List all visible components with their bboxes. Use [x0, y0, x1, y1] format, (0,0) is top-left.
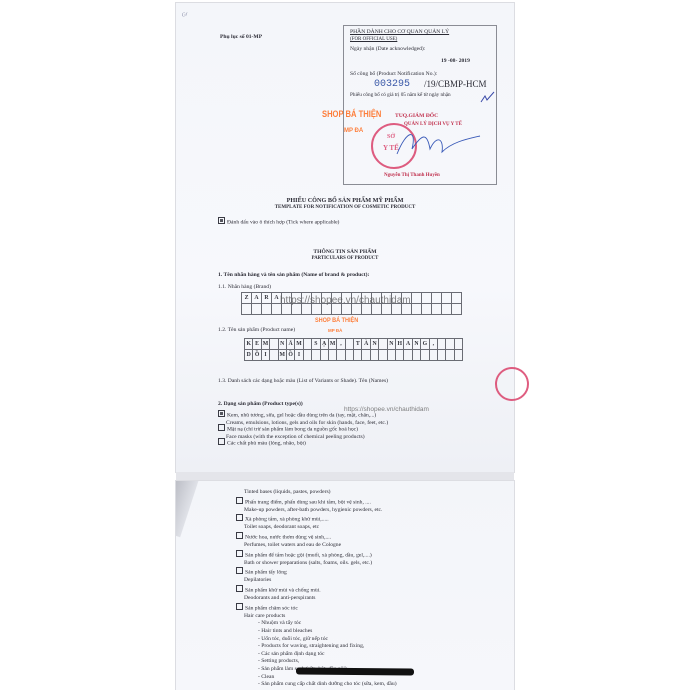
list-item: Bath or shower preparations (salts, foam… — [236, 560, 397, 568]
brand-grid-cell — [432, 293, 442, 304]
list-item: Sản phẩm khử mùi và chống mùi. — [236, 585, 397, 595]
list-item: Phấn trang điểm, phấn dùng sau khi tắm, … — [236, 497, 397, 507]
product-grid-cell — [379, 339, 387, 350]
product-grid-cell — [404, 350, 412, 361]
product-name-character-grid: KEMNÄMSẠM,TÀNNHANG,DỒIMỒI — [244, 338, 463, 361]
date-acknowledged-label: Ngày nhận (Date acknowledged): — [350, 46, 425, 53]
product-grid-cell: G — [421, 339, 429, 350]
product-grid-cell: M — [295, 339, 303, 350]
list-item: - Hair tints and bleaches — [236, 628, 397, 636]
product-grid-cell: D — [245, 350, 253, 361]
document-subtitle: TEMPLATE FOR NOTIFICATION OF COSMETIC PR… — [176, 204, 514, 211]
product-grid-cell: I — [262, 350, 270, 361]
redaction-bar — [296, 667, 414, 675]
product-grid-cell — [413, 350, 421, 361]
brand-label: 1.1. Nhãn hàng (Brand) — [218, 284, 271, 291]
brand-grid-cell: A — [252, 293, 262, 304]
product-grid-cell: T — [354, 339, 362, 350]
tick-instruction-text: Đánh dấu vào ô thích hợp (Tick where app… — [227, 220, 339, 226]
product-grid-cell — [304, 350, 312, 361]
product-grid-cell: N — [371, 339, 379, 350]
product-grid-cell — [438, 350, 446, 361]
page-separator — [176, 472, 514, 481]
product-grid-cell: I — [295, 350, 303, 361]
product-type-1-checkbox[interactable] — [218, 410, 225, 417]
list-item-text: Xà phòng tắm, xà phòng khử mùi,..... — [245, 517, 329, 523]
list-item: Deodorants and anti-perspirants — [236, 595, 397, 603]
brand-grid-cell — [412, 304, 422, 315]
list-item-text: - Setting products, — [258, 658, 299, 664]
product-type-checkbox[interactable] — [236, 585, 243, 592]
list-item: - Các sản phẩm định dạng tóc — [236, 651, 397, 659]
list-item: - Nhuộm và tẩy tóc — [236, 620, 397, 628]
official-box-subtitle: (FOR OFFICIAL USE) — [350, 36, 397, 43]
product-grid-cell: M — [262, 339, 270, 350]
product-grid-cell: H — [396, 339, 404, 350]
brand-grid-cell — [262, 304, 272, 315]
list-item-text: - Sản phẩm cung cấp chất dinh dưỡng cho … — [258, 681, 397, 687]
product-grid-cell: E — [253, 339, 261, 350]
shop-watermark-sub: MP ĐÀ — [344, 128, 363, 134]
list-item-text: Perfumes, toilet waters and eau de Colog… — [244, 542, 341, 548]
list-item-text: Hair care products — [244, 613, 285, 619]
product-grid-cell: , — [430, 339, 438, 350]
product-grid-cell — [371, 350, 379, 361]
product-grid-cell: S — [312, 339, 320, 350]
director-signature-icon — [392, 124, 482, 164]
brand-grid-cell — [252, 304, 262, 315]
list-item: - Setting products, — [236, 658, 397, 666]
product-type-checkbox[interactable] — [236, 532, 243, 539]
product-grid-cell — [379, 350, 387, 361]
product-type-3-checkbox[interactable] — [218, 438, 225, 445]
notification-number-value: 003295 — [374, 79, 410, 90]
list-item-text: Sản phẩm chăm sóc tóc — [245, 605, 298, 611]
product-type-checkbox[interactable] — [236, 603, 243, 610]
validity-note: Phiếu công bố có giá trị 05 năm kể từ ng… — [350, 92, 451, 99]
signer-name: Nguyễn Thị Thanh Huyền — [384, 172, 440, 179]
product-type-checkbox[interactable] — [236, 514, 243, 521]
list-item-text: Sản phẩm khử mùi và chống mùi. — [245, 588, 321, 594]
list-item-text: - Các sản phẩm định dạng tóc — [258, 651, 325, 657]
product-name-label: 1.2. Tên sản phẩm (Product name) — [218, 327, 295, 334]
list-item-text: - Uốn tóc, duỗi tóc, giữ nếp tóc — [258, 636, 328, 642]
list-item: Depilatories — [236, 577, 397, 585]
product-grid-cell — [446, 350, 454, 361]
tick-instruction: Đánh dấu vào ô thích hợp (Tick where app… — [218, 217, 339, 227]
official-box-title: PHẦN DÀNH CHO CƠ QUAN QUẢN LÝ — [350, 29, 449, 36]
product-grid-cell: À — [362, 339, 370, 350]
product-grid-cell — [329, 350, 337, 361]
product-grid-cell — [346, 339, 354, 350]
product-grid-cell: Ồ — [287, 350, 295, 361]
url-watermark-2: https://shopee.vn/chauthidam — [344, 406, 429, 413]
product-type-3-vi: Các chất phủ màu (lỏng, nhão, bột) — [227, 441, 306, 447]
product-grid-cell — [455, 350, 463, 361]
list-item-text: - Products for waving, straightening and… — [258, 643, 364, 649]
product-grid-cell — [396, 350, 404, 361]
list-item: Make-up powders, after-bath powders, hyg… — [236, 507, 397, 515]
brand-grid-cell — [442, 293, 452, 304]
product-type-checkbox[interactable] — [236, 550, 243, 557]
list-item: - Products for waving, straightening and… — [236, 643, 397, 651]
list-item-text: Toilet soaps, deodorant soaps, etc — [244, 524, 319, 530]
product-grid-cell — [270, 339, 278, 350]
list-item-text: Bath or shower preparations (salts, foam… — [244, 560, 372, 566]
product-grid-cell — [270, 350, 278, 361]
tick-example-checkbox — [218, 217, 225, 224]
document-page-1: Gr Phụ lục số 01-MP PHẦN DÀNH CHO CƠ QUA… — [176, 3, 514, 472]
product-grid-cell: M — [329, 339, 337, 350]
list-item-text: Nước hoa, nước thơm dùng vệ sinh,.... — [245, 534, 331, 540]
product-grid-cell — [354, 350, 362, 361]
product-grid-cell — [421, 350, 429, 361]
list-item-text: - Hair tints and bleaches — [258, 628, 312, 634]
product-type-checkbox[interactable] — [236, 497, 243, 504]
url-watermark: https://shopee.vn/chauthidam — [280, 295, 411, 306]
section-2-heading: 2. Dạng sản phẩm (Product type(s)) — [218, 401, 303, 408]
list-item-text: Sản phẩm để tắm hoặc gội (muối, xà phòng… — [245, 552, 372, 558]
product-grid-cell — [430, 350, 438, 361]
product-grid-cell: A — [404, 339, 412, 350]
brand-grid-cell — [432, 304, 442, 315]
initial-signature-icon — [480, 90, 496, 104]
list-item-text: Phấn trang điểm, phấn dùng sau khi tắm, … — [245, 499, 371, 505]
list-item: Xà phòng tắm, xà phòng khử mùi,..... — [236, 514, 397, 524]
product-grid-cell: Ồ — [253, 350, 261, 361]
product-grid-cell: N — [279, 339, 287, 350]
product-grid-cell — [346, 350, 354, 361]
brand-grid-cell — [422, 304, 432, 315]
product-grid-cell — [438, 339, 446, 350]
list-item: Sản phẩm để tắm hoặc gội (muối, xà phòng… — [236, 550, 397, 560]
shop-watermark: SHOP BÁ THIỆN — [322, 109, 381, 120]
brand-grid-cell — [452, 293, 462, 304]
notification-number-label: Số công bố (Product Notification No.): — [350, 71, 437, 78]
section-1-heading: 1. Tên nhãn hàng và tên sản phẩm (Name o… — [218, 272, 369, 279]
product-grid-cell — [337, 350, 345, 361]
brand-grid-cell — [242, 304, 252, 315]
product-grid-cell: K — [245, 339, 253, 350]
list-item-text: Depilatories — [244, 577, 271, 583]
product-type-list-continued: Tinted bases (liquids, pastes, powders)P… — [236, 489, 397, 689]
list-item-text: - Nhuộm và tẩy tóc — [258, 620, 301, 626]
annex-label: Phụ lục số 01-MP — [220, 34, 262, 41]
brand-grid-cell — [422, 293, 432, 304]
page-corner-fold — [176, 481, 199, 537]
list-item-text: Deodorants and anti-perspirants — [244, 595, 315, 601]
list-item: Perfumes, toilet waters and eau de Colog… — [236, 542, 397, 550]
shop-watermark-sub-2: MP ĐÀ — [328, 328, 342, 333]
list-item-text: Sản phẩm tẩy lông — [245, 570, 287, 576]
brand-grid-cell — [412, 293, 422, 304]
product-type-checkbox[interactable] — [236, 567, 243, 574]
brand-grid-cell — [452, 304, 462, 315]
brand-grid-cell — [442, 304, 452, 315]
document-page-2: Tinted bases (liquids, pastes, powders)P… — [176, 481, 514, 690]
list-item: Sản phẩm chăm sóc tóc — [236, 603, 397, 613]
brand-grid-cell: Z — [242, 293, 252, 304]
product-grid-cell — [312, 350, 320, 361]
product-grid-cell: N — [413, 339, 421, 350]
product-type-3: Các chất phủ màu (lỏng, nhão, bột) — [218, 438, 306, 448]
product-grid-cell: , — [337, 339, 345, 350]
edge-seal-stamp-fragment — [495, 367, 529, 401]
product-grid-cell: Ạ — [321, 339, 329, 350]
date-acknowledged-value: 19 -08- 2019 — [441, 58, 470, 65]
product-type-2-checkbox[interactable] — [218, 424, 225, 431]
list-item: - Sản phẩm cung cấp chất dinh dưỡng cho … — [236, 681, 397, 689]
product-grid-cell — [455, 339, 463, 350]
corner-handwritten-note: Gr — [181, 11, 189, 20]
list-item-text: Tinted bases (liquids, pastes, powders) — [244, 489, 331, 495]
section-subtitle: PARTICULARS OF PRODUCT — [176, 255, 514, 262]
signer-title-1: TUQ.GIÁM ĐỐC — [395, 113, 438, 120]
product-grid-cell — [362, 350, 370, 361]
notification-number-suffix: /19/CBMP-HCM — [424, 79, 487, 89]
product-grid-cell — [321, 350, 329, 361]
list-item: Toilet soaps, deodorant soaps, etc — [236, 524, 397, 532]
product-grid-cell — [446, 339, 454, 350]
list-item: Sản phẩm tẩy lông — [236, 567, 397, 577]
product-type-1-vi: Kem, nhũ tương, sữa, gel hoặc dầu dùng t… — [227, 413, 376, 419]
variants-label: 1.3. Danh sách các dạng hoặc màu (List o… — [218, 378, 388, 385]
product-grid-cell — [388, 350, 396, 361]
product-grid-cell — [304, 339, 312, 350]
official-use-box: PHẦN DÀNH CHO CƠ QUAN QUẢN LÝ (FOR OFFIC… — [343, 25, 497, 185]
list-item-text: - Clean — [258, 674, 274, 680]
shop-watermark-2: SHOP BÁ THIỆN — [315, 317, 358, 324]
brand-grid-cell: R — [262, 293, 272, 304]
product-grid-cell: Ä — [287, 339, 295, 350]
product-grid-cell: M — [279, 350, 287, 361]
product-type-2-vi: Mặt nạ (chỉ trừ sản phẩm làm bong da ngu… — [227, 427, 358, 433]
product-grid-cell: N — [388, 339, 396, 350]
list-item: Nước hoa, nước thơm dùng vệ sinh,.... — [236, 532, 397, 542]
list-item: Tinted bases (liquids, pastes, powders) — [236, 489, 397, 497]
list-item-text: Make-up powders, after-bath powders, hyg… — [244, 507, 382, 513]
